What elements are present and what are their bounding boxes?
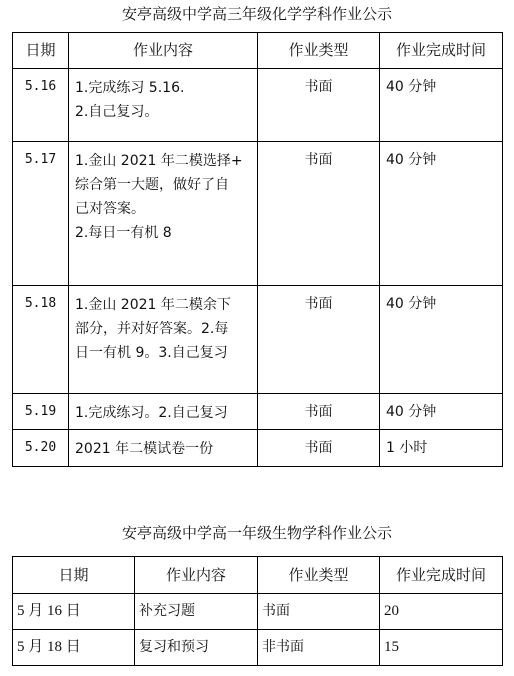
chemistry-table-title: 安亭高级中学高三年级化学学科作业公示 xyxy=(0,4,514,24)
content-line: 2021 年二模试卷一份 xyxy=(75,437,257,461)
cell-type: 非书面 xyxy=(258,630,380,666)
cell-date: 5.18 xyxy=(13,286,69,394)
content-line: 1.完成练习 5.16. xyxy=(75,76,257,100)
cell-content: 1.完成练习。2.自己复习 xyxy=(69,394,258,430)
cell-time: 20 xyxy=(380,594,503,630)
cell-content: 复习和预习 xyxy=(135,630,258,666)
cell-type: 书面 xyxy=(258,286,380,394)
cell-type: 书面 xyxy=(258,594,380,630)
cell-content: 1.金山 2021 年二模余下 部分，并对好答案。2.每 日一有机 9。3.自己… xyxy=(69,286,258,394)
table-row: 5.19 1.完成练习。2.自己复习 书面 40 分钟 xyxy=(13,394,503,430)
content-line: 综合第一大题，做好了自 xyxy=(75,173,257,197)
content-line: 2.自己复习。 xyxy=(75,100,257,124)
cell-time: 40 分钟 xyxy=(380,286,503,394)
table-row: 5.16 1.完成练习 5.16. 2.自己复习。 书面 40 分钟 xyxy=(13,69,503,142)
content-line: 1.金山 2021 年二模余下 xyxy=(75,293,257,317)
cell-type: 书面 xyxy=(258,430,380,467)
table-row: 5.18 1.金山 2021 年二模余下 部分，并对好答案。2.每 日一有机 9… xyxy=(13,286,503,394)
header-type: 作业类型 xyxy=(258,557,380,594)
cell-date: 5 月 16 日 xyxy=(13,594,135,630)
cell-content: 1.金山 2021 年二模选择+ 综合第一大题，做好了自 己对答案。 2.每日一… xyxy=(69,142,258,286)
header-date: 日期 xyxy=(13,33,69,69)
cell-date: 5.20 xyxy=(13,430,69,467)
cell-date: 5.16 xyxy=(13,69,69,142)
cell-type: 书面 xyxy=(258,394,380,430)
content-line: 日一有机 9。3.自己复习 xyxy=(75,341,257,365)
cell-time: 15 xyxy=(380,630,503,666)
header-date: 日期 xyxy=(13,557,135,594)
cell-content: 1.完成练习 5.16. 2.自己复习。 xyxy=(69,69,258,142)
cell-time: 40 分钟 xyxy=(380,142,503,286)
cell-date: 5.17 xyxy=(13,142,69,286)
cell-content: 2021 年二模试卷一份 xyxy=(69,430,258,467)
table-header-row: 日期 作业内容 作业类型 作业完成时间 xyxy=(13,33,503,69)
content-line: 2.每日一有机 8 xyxy=(75,221,257,245)
biology-homework-table: 日期 作业内容 作业类型 作业完成时间 5 月 16 日 补充习题 书面 20 … xyxy=(12,556,503,666)
cell-date: 5.19 xyxy=(13,394,69,430)
cell-type: 书面 xyxy=(258,69,380,142)
cell-time: 40 分钟 xyxy=(380,69,503,142)
table-row: 5 月 18 日 复习和预习 非书面 15 xyxy=(13,630,503,666)
chemistry-homework-table: 日期 作业内容 作业类型 作业完成时间 5.16 1.完成练习 5.16. 2.… xyxy=(12,32,503,467)
content-line: 己对答案。 xyxy=(75,197,257,221)
header-content: 作业内容 xyxy=(69,33,258,69)
cell-time: 1 小时 xyxy=(380,430,503,467)
content-line: 1.完成练习。2.自己复习 xyxy=(75,401,257,425)
table-row: 5.17 1.金山 2021 年二模选择+ 综合第一大题，做好了自 己对答案。 … xyxy=(13,142,503,286)
biology-table-title: 安亭高级中学高一年级生物学科作业公示 xyxy=(0,523,514,543)
cell-content: 补充习题 xyxy=(135,594,258,630)
cell-date: 5 月 18 日 xyxy=(13,630,135,666)
cell-type: 书面 xyxy=(258,142,380,286)
table-header-row: 日期 作业内容 作业类型 作业完成时间 xyxy=(13,557,503,594)
header-content: 作业内容 xyxy=(135,557,258,594)
table-row: 5.20 2021 年二模试卷一份 书面 1 小时 xyxy=(13,430,503,467)
header-time: 作业完成时间 xyxy=(380,33,503,69)
header-type: 作业类型 xyxy=(258,33,380,69)
content-line: 1.金山 2021 年二模选择+ xyxy=(75,149,257,173)
table-row: 5 月 16 日 补充习题 书面 20 xyxy=(13,594,503,630)
cell-time: 40 分钟 xyxy=(380,394,503,430)
header-time: 作业完成时间 xyxy=(380,557,503,594)
content-line: 部分，并对好答案。2.每 xyxy=(75,317,257,341)
